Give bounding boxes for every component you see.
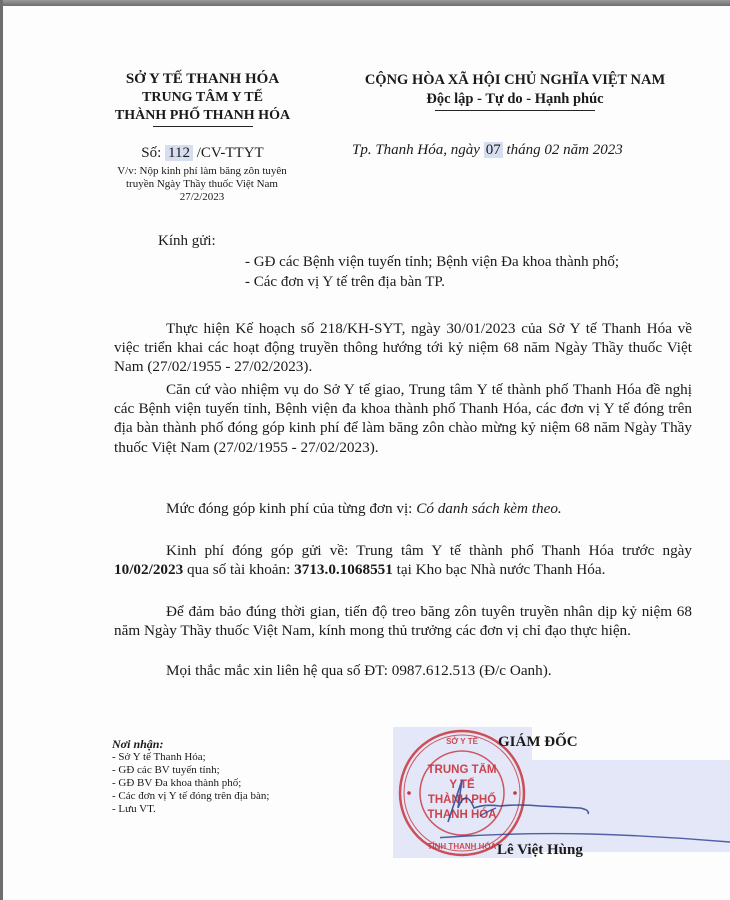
recipient-item: - GĐ các Bệnh viện tuyến tỉnh; Bệnh viện… — [245, 252, 619, 272]
agency-name-line1: TRUNG TÂM Y TẾ — [95, 89, 310, 107]
subject-summary: V/v: Nộp kinh phí làm băng zôn tuyên tru… — [82, 165, 322, 204]
document-number-value: 112 — [165, 145, 193, 161]
document-number: Số: 112 /CV-TTYT — [95, 145, 310, 162]
payment-text: Kinh phí đóng góp gửi về: Trung tâm Y tế… — [166, 542, 692, 559]
paragraph-payment: Kinh phí đóng góp gửi về: Trung tâm Y tế… — [114, 541, 692, 579]
paragraph-request: Căn cứ vào nhiệm vụ do Sở Y tế giao, Tru… — [114, 380, 692, 457]
recipient-list: - GĐ các Bệnh viện tuyến tỉnh; Bệnh viện… — [245, 252, 619, 292]
payment-deadline: 10/02/2023 — [114, 561, 183, 578]
svg-text:SỞ Y TẾ: SỞ Y TẾ — [446, 736, 479, 746]
contribution-label: Mức đóng góp kinh phí của từng đơn vị: — [166, 500, 412, 517]
contribution-note: Có danh sách kèm theo. — [416, 500, 562, 517]
paragraph-plan-reference: Thực hiện Kế hoạch số 218/KH-SYT, ngày 3… — [114, 319, 692, 377]
subject-line: truyền Ngày Thầy thuốc Việt Nam — [82, 178, 322, 191]
parent-agency: SỞ Y TẾ THANH HÓA — [95, 70, 310, 89]
national-header: CỘNG HÒA XÃ HỘI CHỦ NGHĨA VIỆT NAM Độc l… — [320, 70, 710, 111]
distribution-item: - Các đơn vị Y tế đóng trên địa bàn; — [112, 790, 269, 803]
paragraph-contribution-level: Mức đóng góp kinh phí của từng đơn vị: C… — [114, 499, 692, 518]
signer-name: Lê Việt Hùng — [497, 842, 583, 859]
bank-account-number: 3713.0.1068551 — [294, 561, 393, 578]
distribution-item: - Lưu VT. — [112, 803, 269, 816]
distribution-list: Nơi nhận: - Sở Y tế Thanh Hóa; - GĐ các … — [112, 738, 269, 816]
handwritten-signature-icon — [440, 760, 730, 860]
motto-underline — [435, 110, 595, 111]
agency-name-line2: THÀNH PHỐ THANH HÓA — [95, 107, 310, 125]
salutation-label: Kính gửi: — [158, 233, 216, 250]
distribution-item: - Sở Y tế Thanh Hóa; — [112, 751, 269, 764]
payment-text: qua số tài khoản: — [187, 561, 290, 578]
national-title: CỘNG HÒA XÃ HỘI CHỦ NGHĨA VIỆT NAM — [320, 70, 710, 90]
date-day: 07 — [484, 142, 503, 158]
national-motto: Độc lập - Tự do - Hạnh phúc — [320, 90, 710, 109]
paragraph-contact: Mọi thắc mắc xin liên hệ qua số ĐT: 0987… — [114, 661, 692, 680]
subject-line: V/v: Nộp kinh phí làm băng zôn tuyên — [82, 165, 322, 178]
date-prefix: Tp. Thanh Hóa, ngày — [352, 142, 480, 158]
date-suffix: tháng 02 năm 2023 — [506, 142, 622, 158]
distribution-item: - GĐ BV Đa khoa thành phố; — [112, 777, 269, 790]
signer-title: GIÁM ĐỐC — [498, 734, 578, 751]
subject-line: 27/2/2023 — [82, 191, 322, 204]
paragraph-timeline: Để đảm bảo đúng thời gian, tiến độ treo … — [114, 602, 692, 640]
recipient-item: - Các đơn vị Y tế trên địa bàn TP. — [245, 272, 619, 292]
payment-text: tại Kho bạc Nhà nước Thanh Hóa. — [397, 561, 606, 578]
distribution-item: - GĐ các BV tuyến tỉnh; — [112, 764, 269, 777]
issue-date: Tp. Thanh Hóa, ngày 07 tháng 02 năm 2023 — [352, 142, 623, 159]
distribution-title: Nơi nhận: — [112, 738, 269, 751]
document-number-suffix: /CV-TTYT — [197, 145, 264, 161]
header-underline — [153, 126, 253, 127]
document-number-label: Số: — [141, 145, 161, 161]
issuing-agency-header: SỞ Y TẾ THANH HÓA TRUNG TÂM Y TẾ THÀNH P… — [95, 70, 310, 127]
